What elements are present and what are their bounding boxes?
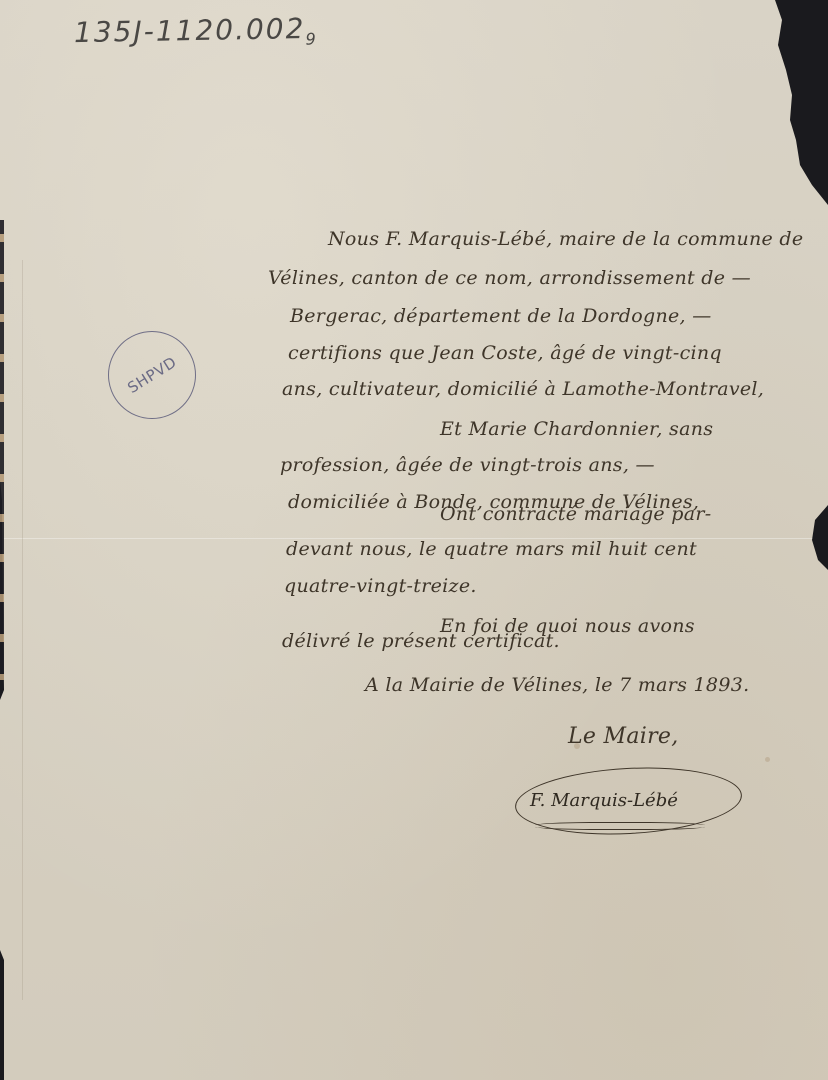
text-line-6: Et Marie Chardonnier, sans bbox=[440, 418, 713, 440]
text-line-9: Ont contracté mariage par- bbox=[440, 503, 711, 525]
text-line-2: Vélines, canton de ce nom, arrondissemen… bbox=[268, 267, 751, 289]
archive-reference-text: 135J-1120.002 bbox=[74, 12, 306, 49]
shpvd-stamp: SHPVD bbox=[108, 331, 196, 419]
text-line-1: Nous F. Marquis-Lébé, maire de la commun… bbox=[328, 228, 803, 250]
archive-reference-suffix: 9 bbox=[305, 29, 318, 48]
text-line-4: certifions que Jean Coste, âgé de vingt-… bbox=[288, 342, 722, 364]
mayor-signature: F. Marquis-Lébé bbox=[530, 790, 678, 811]
archive-reference-number: 135J-1120.0029 bbox=[74, 12, 318, 53]
closing-le-maire: Le Maire, bbox=[568, 724, 679, 749]
torn-edge-left bbox=[0, 220, 4, 680]
signature-underline-flourish bbox=[535, 822, 705, 830]
text-line-5: ans, cultivateur, domicilié à Lamothe-Mo… bbox=[282, 378, 764, 400]
paper-stain bbox=[765, 757, 770, 762]
paper-fold-vertical bbox=[22, 260, 23, 1000]
text-line-3: Bergerac, département de la Dordogne, — bbox=[290, 305, 712, 327]
text-line-13: délivré le présent certificat. bbox=[282, 630, 560, 652]
text-line-11: quatre-vingt-treize. bbox=[284, 575, 477, 597]
text-line-10: devant nous, le quatre mars mil huit cen… bbox=[286, 538, 697, 560]
stamp-text: SHPVD bbox=[124, 353, 179, 397]
text-line-14-date: A la Mairie de Vélines, le 7 mars 1893. bbox=[365, 674, 749, 696]
text-line-7: profession, âgée de vingt-trois ans, — bbox=[280, 454, 655, 476]
document-page: 135J-1120.0029 SHPVD Nous F. Marquis-Léb… bbox=[0, 0, 828, 1080]
